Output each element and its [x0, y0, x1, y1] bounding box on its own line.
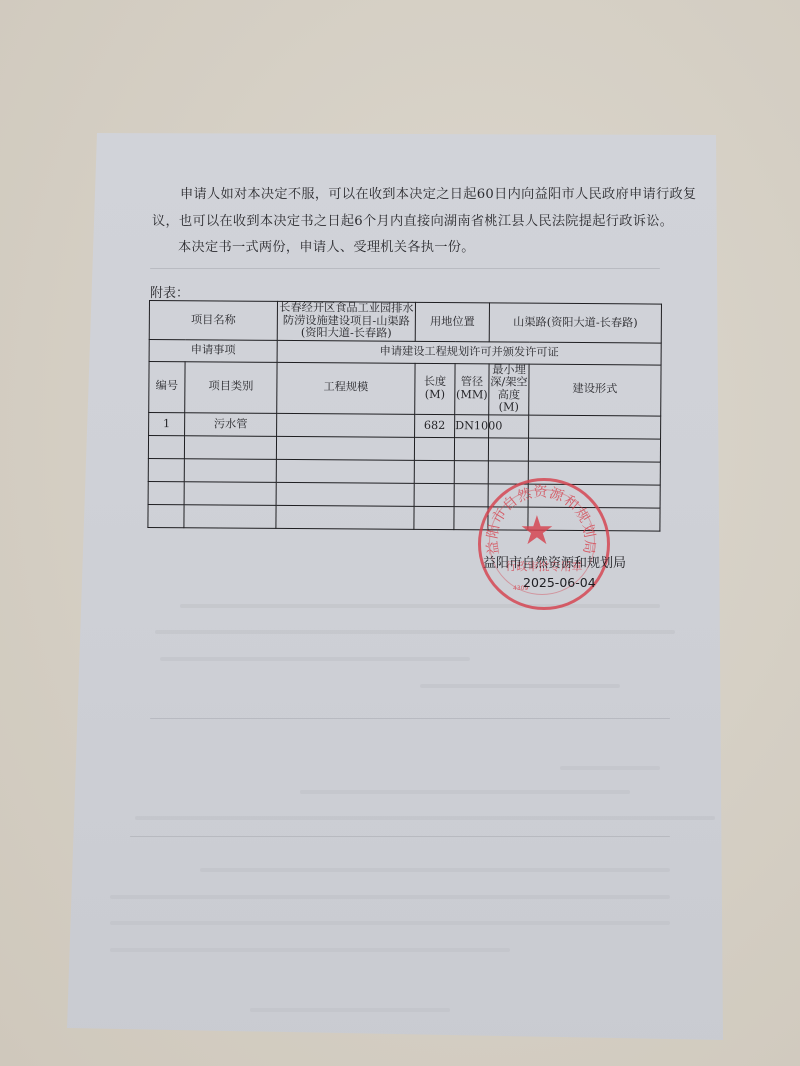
document-page: [0, 0, 800, 1066]
location-value: 山渠路(资阳大道-长春路): [489, 303, 661, 343]
header-form: 建设形式: [529, 364, 661, 416]
cell-length: 682: [415, 414, 455, 437]
application-label: 申请事项: [149, 339, 277, 362]
cell-category: [184, 482, 276, 506]
cell-no: [148, 481, 184, 504]
cell-length: [414, 437, 454, 460]
cell-form: [528, 438, 660, 462]
project-name-value: 长春经开区食品工业园排水防涝设施建设项目-山渠路(资阳大道-长春路): [277, 301, 415, 341]
cell-scale: [276, 505, 414, 529]
issuing-authority: 益阳市自然资源和规划局: [483, 552, 626, 571]
cell-scale: [276, 436, 414, 460]
cell-length: [414, 460, 454, 483]
application-value: 申请建设工程规划许可并颁发许可证: [277, 340, 661, 365]
cell-category: [184, 459, 276, 483]
cell-category: [184, 436, 276, 460]
cell-depth: [488, 438, 528, 461]
table-header-row: 编号 项目类别 工程规模 长度(M) 管径(MM) 最小埋深/架空高度(M) 建…: [149, 361, 661, 416]
cell-length: [414, 506, 454, 529]
header-length: 长度(M): [415, 363, 455, 414]
cell-category: [184, 505, 276, 529]
appeal-paragraph-line-2: 议，也可以在收到本决定书之日起6个月内直接向湖南省桃江县人民法院提起行政诉讼。: [152, 210, 673, 229]
header-scale: 工程规模: [277, 362, 415, 414]
project-name-label: 项目名称: [149, 301, 277, 341]
cell-form: [529, 415, 661, 439]
header-category: 项目类别: [185, 361, 277, 413]
cell-diameter: [454, 437, 488, 460]
cell-length: [414, 483, 454, 506]
official-seal: 益阳市自然资源和规划局 ★ 行政审批专用章 4309: [478, 478, 610, 610]
header-diameter: 管径(MM): [455, 363, 489, 414]
project-name-row: 项目名称 长春经开区食品工业园排水防涝设施建设项目-山渠路(资阳大道-长春路) …: [149, 301, 661, 343]
cell-no: [148, 458, 184, 481]
attachment-label: 附表：: [150, 282, 189, 301]
header-depth: 最小埋深/架空高度(M): [489, 364, 529, 415]
issue-date: 2025-06-04: [523, 575, 596, 590]
star-icon: ★: [519, 511, 555, 551]
cell-no: [148, 435, 184, 458]
cell-category: 污水管: [185, 413, 277, 437]
cell-no: 1: [149, 412, 185, 435]
cell-diameter: DN1000: [455, 414, 489, 437]
cell-scale: [277, 413, 415, 437]
cell-scale: [276, 459, 414, 483]
location-label: 用地位置: [415, 302, 489, 341]
copies-paragraph: 本决定书一式两份，申请人、受理机关各执一份。: [178, 236, 475, 255]
header-no: 编号: [149, 361, 185, 412]
cell-no: [148, 504, 184, 527]
cell-scale: [276, 482, 414, 506]
appeal-paragraph-line-1: 申请人如对本决定不服，可以在收到本决定之日起60日内向益阳市人民政府申请行政复: [180, 183, 696, 202]
